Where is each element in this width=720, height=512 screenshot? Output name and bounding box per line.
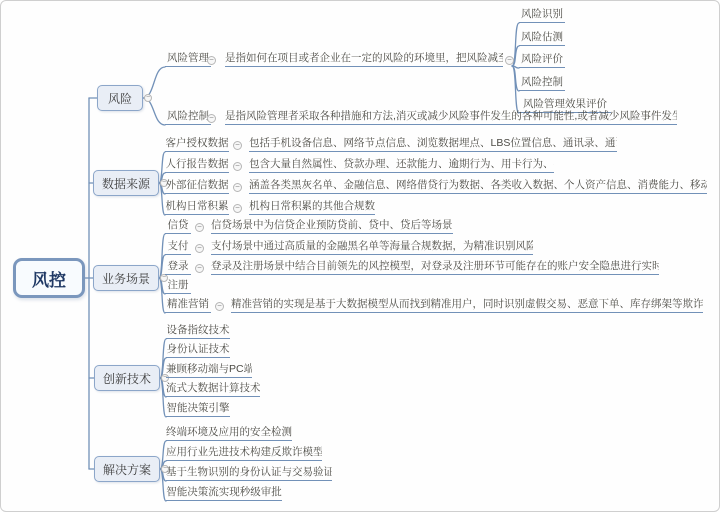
collapse-icon[interactable]: −: [215, 302, 224, 311]
collapse-icon[interactable]: −: [233, 204, 242, 213]
topic-risk-control[interactable]: 风险控制: [165, 109, 211, 125]
desc-precision-marketing[interactable]: 精准营销的实现是基于大数据模型从而找到精准用户，同时识别虚假交易、恶意下单、库存…: [231, 297, 703, 313]
branch-risk[interactable]: 风险: [97, 85, 143, 111]
desc-credit[interactable]: 信贷场景中为信贷企业预防贷前、贷中、贷后等场景的欺诈风险: [211, 218, 453, 234]
collapse-icon[interactable]: −: [207, 56, 216, 65]
desc-login[interactable]: 登录及注册场景中结合目前领先的风控模型，对登录及注册环节可能存在的账户安全隐患进…: [211, 259, 659, 275]
topic-terminal-security-detection[interactable]: 终端环境及应用的安全检测: [166, 425, 292, 441]
branch-data-sources[interactable]: 数据来源: [93, 170, 159, 196]
branch-solutions[interactable]: 解决方案: [94, 456, 160, 482]
topic-payment[interactable]: 支付: [165, 239, 191, 255]
desc-risk-management[interactable]: 是指如何在项目或者企业在一定的风险的环境里，把风险减至最低的管理过程: [225, 51, 503, 67]
mindmap-canvas: 风控 风险 − 数据来源 − 业务场景 − 创新技术 − 解决方案 − 风险管理…: [0, 0, 720, 512]
leaf-risk-estimation[interactable]: 风险估测: [519, 30, 565, 46]
collapse-icon[interactable]: −: [233, 162, 242, 171]
leaf-risk-evaluation[interactable]: 风险评价: [519, 52, 565, 68]
topic-second-level-approval[interactable]: 智能决策流实现秒级审批: [166, 485, 282, 501]
leaf-risk-identification[interactable]: 风险识别: [519, 7, 565, 23]
topic-identity-authentication[interactable]: 身份认证技术: [166, 342, 230, 358]
desc-risk-control[interactable]: 是指风险管理者采取各种措施和方法,消灭或减少风险事件发生的各种可能性,或者减少风…: [225, 109, 677, 125]
collapse-icon[interactable]: −: [233, 183, 242, 192]
topic-customer-authorized-data[interactable]: 客户授权数据: [165, 136, 229, 152]
topic-biometric-verification[interactable]: 基于生物识别的身份认证与交易验证: [166, 465, 332, 481]
collapse-icon[interactable]: −: [195, 244, 204, 253]
desc-payment[interactable]: 支付场景中通过高质量的金融黑名单等海量合规数据，为精准识别风险交易提供风控依据: [211, 239, 533, 255]
connector-lines: [1, 1, 720, 512]
collapse-icon[interactable]: −: [505, 56, 514, 65]
branch-innovative-tech[interactable]: 创新技术: [94, 365, 160, 391]
collapse-icon[interactable]: −: [207, 114, 216, 123]
topic-credit[interactable]: 信贷: [165, 218, 191, 234]
topic-precision-marketing[interactable]: 精准营销: [165, 297, 211, 313]
topic-risk-management[interactable]: 风险管理: [165, 51, 211, 67]
root-topic[interactable]: 风控: [13, 258, 85, 298]
collapse-icon[interactable]: −: [195, 223, 204, 232]
desc-external-credit-data[interactable]: 涵盖各类黑灰名单、金融信息、网络借贷行为数据、各类收入数据、个人资产信息、消费能…: [249, 178, 707, 194]
topic-login[interactable]: 登录: [165, 259, 191, 275]
leaf-risk-control[interactable]: 风险控制: [519, 75, 565, 91]
topic-pboc-report-data[interactable]: 人行报告数据: [165, 157, 229, 173]
desc-institution-daily-accumulation[interactable]: 机构日常积累的其他合规数据源: [249, 199, 375, 215]
topic-external-credit-data[interactable]: 外部征信数据: [165, 178, 229, 194]
topic-institution-daily-accumulation[interactable]: 机构日常积累: [165, 199, 229, 215]
collapse-icon[interactable]: −: [233, 141, 242, 150]
topic-device-fingerprint[interactable]: 设备指纹技术: [166, 323, 230, 339]
collapse-icon[interactable]: −: [144, 94, 152, 102]
collapse-icon[interactable]: −: [195, 264, 204, 273]
desc-pboc-report-data[interactable]: 包含大量自然属性、贷款办理、还款能力、逾期行为、用卡行为、担保、抵押等: [249, 157, 554, 173]
topic-streaming-bigdata-computing[interactable]: 流式大数据计算技术: [166, 381, 260, 397]
topic-intelligent-decision-engine[interactable]: 智能决策引擎: [166, 401, 230, 417]
branch-business-scenarios[interactable]: 业务场景: [93, 265, 159, 291]
topic-antifraud-model[interactable]: 应用行业先进技术构建反欺诈模型: [166, 445, 322, 461]
topic-mobile-and-pc[interactable]: 兼顾移动端与PC端: [166, 362, 252, 378]
desc-customer-authorized-data[interactable]: 包括手机设备信息、网络节点信息、浏览数据埋点、LBS位置信息、通讯录、通话记录数…: [249, 136, 617, 152]
topic-registration[interactable]: 注册: [165, 278, 191, 294]
